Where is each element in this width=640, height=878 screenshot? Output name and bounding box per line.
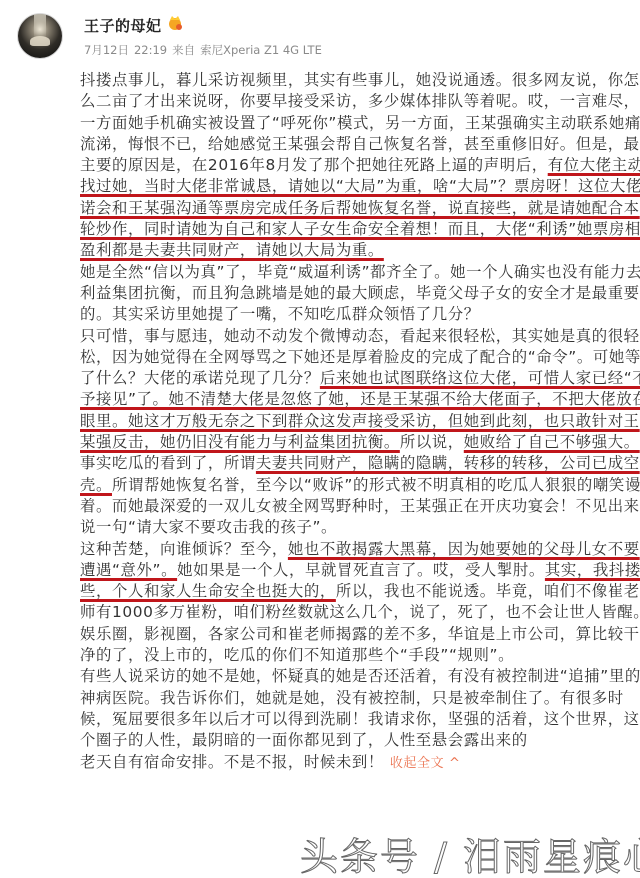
watermark: 头条号 / 泪雨星痕心 xyxy=(300,826,640,878)
post-text-line: 了什么？大佬的承诺兑现了几分？后来她也试图联络这位大佬，可惜人家已经“不 xyxy=(80,368,630,389)
text-segment: 个圈子的人性，最阴暗的一面你都见到了，人性至悬会露出来的 xyxy=(80,731,528,749)
text-segment: 她是全然“信以为真”了，毕竟“威逼利诱”都齐全了。她一个人确实也没有能力去和 xyxy=(80,263,640,281)
underlined-text: 遭遇“意外”。 xyxy=(80,561,177,579)
post-text-line: 这种苦楚，向谁倾诉？至今，她也不敢揭露大黑幕，因为她要她的父母儿女不要 xyxy=(80,539,630,560)
text-segment: 她如果是一个人，早就冒死直言了。哎，受人掣肘。 xyxy=(177,561,545,579)
underlined-text: 眼里。她这才万般无奈之下到群众这发声接受采访，但她到此刻，也只敢针对王 xyxy=(80,412,640,430)
post-text-line: 壳。所谓帮她恢复名誉，至今以“败诉”的形式被不明真相的吃瓜人狠狠的嘲笑谩骂 xyxy=(80,475,630,496)
text-segment: 老天自有宿命安排。不是不报，时候未到！ xyxy=(80,753,384,771)
post-date: 7月12日 xyxy=(84,43,129,57)
text-segment: 娱乐圈，影视圈，各家公司和崔老师揭露的差不多，华谊是上市公司，算比较干 xyxy=(80,625,640,643)
source-device[interactable]: 索尼Xperia Z1 4G LTE xyxy=(200,43,322,57)
text-segment: 神病医院。我告诉你们，她就是她，没有被控制，只是被牵制住了。有很多时 xyxy=(80,689,624,707)
text-segment: 净的了，没上市的，吃瓜的你们不知道那些个“手段”“规则”。 xyxy=(80,646,514,664)
post-text-line: 主要的原因是，在2016年8月发了那个把她往死路上逼的声明后，有位大佬主动 xyxy=(80,155,630,176)
text-segment: 说一句“请大家不要攻击我的孩子”。 xyxy=(80,518,337,536)
text-segment: 么二亩了才出来说呀，你要早接受采访，多少媒体排队等着呢。哎，一言难尽， xyxy=(80,92,640,110)
text-segment: 一方面她手机确实被设置了“呼死你”模式，另一方面，王某强确实主动联系她痛哭 xyxy=(80,114,640,132)
underlined-text: 壳。 xyxy=(80,476,112,494)
post-text-line: 的。其实采访里她提了一嘴，不知吃瓜群众领悟了几分？ xyxy=(80,304,630,325)
post-text-line: 神病医院。我告诉你们，她就是她，没有被控制，只是被牵制住了。有很多时 xyxy=(80,688,630,709)
post-text-line: 眼里。她这才万般无奈之下到群众这发声接受采访，但她到此刻，也只敢针对王 xyxy=(80,411,630,432)
post-text-line: 松，因为她觉得在全网辱骂之下她还是厚着脸皮的完成了配合的“命令”。可她等来 xyxy=(80,347,630,368)
post-text-line: 么二亩了才出来说呀，你要早接受采访，多少媒体排队等着呢。哎，一言难尽， xyxy=(80,91,630,112)
text-segment: 事实吃瓜的看到了，所谓 xyxy=(80,454,256,472)
text-segment: 主要的原因是，在2016年8月发了那个把她往死路上逼的声明后， xyxy=(80,156,548,174)
avatar-figure xyxy=(30,36,50,46)
text-segment: 只可惜，事与愿违，她动不动发个微博动态，看起来很轻松，其实她是真的很轻 xyxy=(80,327,640,345)
underlined-text: 予接见”了。她不清楚大佬是忽悠了她，还是王某强不给大佬面子，不把大佬放在 xyxy=(80,390,640,408)
underlined-text: 轮炒作，同时请她为自己和家人子女生命安全着想！而且，大佬“利诱”她票房相关 xyxy=(80,220,640,238)
underlined-text: 些，个人和家人生命安全也挺大的， xyxy=(80,582,336,600)
avatar[interactable] xyxy=(18,14,62,58)
text-segment: 了什么？大佬的承诺兑现了几分？ xyxy=(80,369,320,387)
post-text-line: 轮炒作，同时请她为自己和家人子女生命安全着想！而且，大佬“利诱”她票房相关 xyxy=(80,219,630,240)
text-segment: 这种苦楚，向谁倾诉？至今， xyxy=(80,540,288,558)
post-body: 抖搂点事儿，暮儿采访视频里，其实有些事儿，她没说通透。很多网友说，你怎么二亩了才… xyxy=(80,70,630,773)
underlined-text: 诺会和王某强沟通等票房完成任务后帮她恢复名誉，说直接些，就是请她配合本 xyxy=(80,199,640,217)
text-segment: 抖搂点事儿，暮儿采访视频里，其实有些事儿，她没说通透。很多网友说，你怎 xyxy=(80,71,640,89)
post-text-line: 诺会和王某强沟通等票房完成任务后帮她恢复名誉，说直接些，就是请她配合本 xyxy=(80,198,630,219)
post-text-line: 老天自有宿命安排。不是不报，时候未到！收起全文 ^ xyxy=(80,752,630,773)
underlined-text: 找过她，当时大佬非常诚恳，请她以“大局”为重，啥“大局”？票房呀！这位大佬承 xyxy=(80,177,640,195)
text-segment: 所以，我也不能说透。毕竟，咱们不像崔老 xyxy=(336,582,640,600)
source-prefix: 来自 xyxy=(172,43,195,57)
post-meta: 7月12日22:19来自索尼Xperia Z1 4G LTE xyxy=(84,42,327,58)
post-text-line: 说一句“请大家不要攻击我的孩子”。 xyxy=(80,517,630,538)
post-text-line: 予接见”了。她不清楚大佬是忽悠了她，还是王某强不给大佬面子，不把大佬放在 xyxy=(80,389,630,410)
post-text-line: 某强反击，她仍旧没有能力与利益集团抗衡。所以说，她败给了自己不够强大。 xyxy=(80,432,630,453)
text-segment: 所以说， xyxy=(400,433,464,451)
underlined-text: 后来她也试图联络这位大佬，可惜人家已经“不 xyxy=(320,369,640,387)
text-segment: 候，冤屈要很多年以后才可以得到洗刷！我请求你，坚强的活着，这个世界，这 xyxy=(80,710,640,728)
text-segment: 利益集团抗衡，而且狗急跳墙是她的最大顾虑，毕竟父母子女的安全才是最重要 xyxy=(80,284,640,302)
text-segment: 着。而她最深爱的一双儿女被全网骂野种时，王某强正在开庆功宴会！不见出来 xyxy=(80,497,640,515)
post-text-line: 盈利都是夫妻共同财产，请她以大局为重。 xyxy=(80,240,630,261)
post-text-line: 利益集团抗衡，而且狗急跳墙是她的最大顾虑，毕竟父母子女的安全才是最重要 xyxy=(80,283,630,304)
underlined-text: 她败给了自己不够强大。 xyxy=(464,433,640,451)
post-text-line: 抖搂点事儿，暮儿采访视频里，其实有些事儿，她没说通透。很多网友说，你怎 xyxy=(80,70,630,91)
post-header: 王子的母妃 7月12日22:19来自索尼Xperia Z1 4G LTE xyxy=(0,0,640,66)
post-text-line: 个圈子的人性，最阴暗的一面你都见到了，人性至悬会露出来的 xyxy=(80,730,630,751)
author-name[interactable]: 王子的母妃 xyxy=(84,15,162,36)
text-segment: 有些人说采访的她不是她，怀疑真的她是否还活着，有没有被控制进“追捕”里的精 xyxy=(80,667,640,685)
post-text-line: 只可惜，事与愿违，她动不动发个微博动态，看起来很轻松，其实她是真的很轻 xyxy=(80,326,630,347)
vip-crown-icon xyxy=(166,14,184,32)
text-segment: 松，因为她觉得在全网辱骂之下她还是厚着脸皮的完成了配合的“命令”。可她等来 xyxy=(80,348,640,366)
text-segment: 流涕，悔恨不已，给她感觉王某强会帮自己恢复名誉，甚至重修旧好。但是，最 xyxy=(80,135,640,153)
underlined-text: 某强反击，她仍旧没有能力与利益集团抗衡。 xyxy=(80,433,400,451)
post-text-line: 流涕，悔恨不已，给她感觉王某强会帮自己恢复名誉，甚至重修旧好。但是，最 xyxy=(80,134,630,155)
post-text-line: 净的了，没上市的，吃瓜的你们不知道那些个“手段”“规则”。 xyxy=(80,645,630,666)
post-text-line: 有些人说采访的她不是她，怀疑真的她是否还活着，有没有被控制进“追捕”里的精 xyxy=(80,666,630,687)
post-text-line: 找过她，当时大佬非常诚恳，请她以“大局”为重，啥“大局”？票房呀！这位大佬承 xyxy=(80,176,630,197)
underlined-text: 夫妻共同财产，隐瞒的隐瞒，转移的转移，公司已成空 xyxy=(256,454,640,472)
underlined-text: 其实，我抖搂这 xyxy=(545,561,640,579)
underlined-text: 她也不敢揭露大黑幕，因为她要她的父母儿女不要 xyxy=(288,540,640,558)
post-text-line: 一方面她手机确实被设置了“呼死你”模式，另一方面，王某强确实主动联系她痛哭 xyxy=(80,113,630,134)
post-text-line: 候，冤屈要很多年以后才可以得到洗刷！我请求你，坚强的活着，这个世界，这 xyxy=(80,709,630,730)
post-text-line: 事实吃瓜的看到了，所谓夫妻共同财产，隐瞒的隐瞒，转移的转移，公司已成空 xyxy=(80,453,630,474)
post-text-line: 她是全然“信以为真”了，毕竟“威逼利诱”都齐全了。她一个人确实也没有能力去和 xyxy=(80,262,630,283)
post-text-line: 些，个人和家人生命安全也挺大的，所以，我也不能说透。毕竟，咱们不像崔老 xyxy=(80,581,630,602)
text-segment: 所谓帮她恢复名誉，至今以“败诉”的形式被不明真相的吃瓜人狠狠的嘲笑谩骂 xyxy=(112,476,640,494)
text-segment: 师有1000多万崔粉，咱们粉丝数就这么几个，说了，死了，也不会让世人皆醒。 xyxy=(80,603,640,621)
post-time: 22:19 xyxy=(134,43,167,57)
post-text-line: 师有1000多万崔粉，咱们粉丝数就这么几个，说了，死了，也不会让世人皆醒。 xyxy=(80,602,630,623)
post-text-line: 遭遇“意外”。她如果是一个人，早就冒死直言了。哎，受人掣肘。其实，我抖搂这 xyxy=(80,560,630,581)
underlined-text: 盈利都是夫妻共同财产，请她以大局为重。 xyxy=(80,241,384,259)
post-text-line: 娱乐圈，影视圈，各家公司和崔老师揭露的差不多，华谊是上市公司，算比较干 xyxy=(80,624,630,645)
collapse-full-text-link[interactable]: 收起全文 ^ xyxy=(390,756,461,771)
text-segment: 的。其实采访里她提了一嘴，不知吃瓜群众领悟了几分？ xyxy=(80,305,480,323)
post-text-line: 着。而她最深爱的一双儿女被全网骂野种时，王某强正在开庆功宴会！不见出来 xyxy=(80,496,630,517)
underlined-text: 有位大佬主动 xyxy=(548,156,640,174)
